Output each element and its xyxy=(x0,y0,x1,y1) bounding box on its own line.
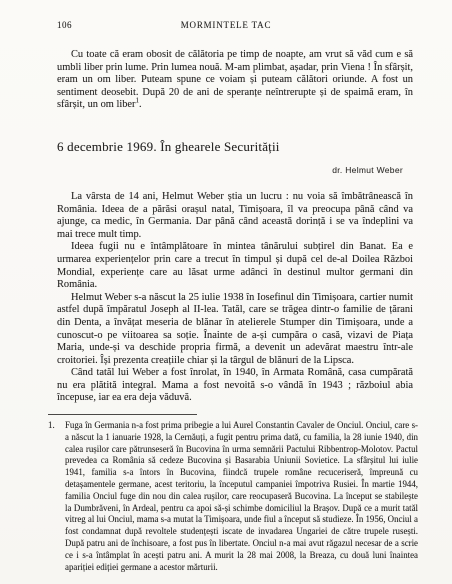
body-text: La vârsta de 14 ani, Helmut Weber știa u… xyxy=(57,191,413,405)
footnote-text: Fuga în Germania n-a fost prima pribegie… xyxy=(65,420,418,573)
book-page: 106 MORMINTELE TAC Cu toate că eram obos… xyxy=(0,0,452,584)
paragraph-1: La vârsta de 14 ani, Helmut Weber știa u… xyxy=(57,191,413,241)
intro-text: Cu toate că eram obosit de călătoria pe … xyxy=(57,49,413,110)
footnote-separator xyxy=(48,414,197,415)
byline-wrap: dr. Helmut Weber xyxy=(57,160,413,178)
byline: dr. Helmut Weber xyxy=(332,160,403,178)
footnote: 1. Fuga în Germania n-a fost prima pribe… xyxy=(48,420,418,573)
page-header: 106 MORMINTELE TAC xyxy=(0,0,452,33)
page-number: 106 xyxy=(57,20,72,30)
paragraph-4: Când tatăl lui Weber a fost înrolat, în … xyxy=(57,367,413,405)
paragraph-3: Helmut Weber s-a născut la 25 iulie 1938… xyxy=(57,292,413,368)
paragraph-2: Ideea fugii nu e întâmplătoare în mintea… xyxy=(57,241,413,291)
intro-terminator: . xyxy=(139,99,142,110)
footnote-marker: 1. xyxy=(48,420,65,573)
intro-paragraph: Cu toate că eram obosit de călătoria pe … xyxy=(57,49,413,112)
page-content: Cu toate că eram obosit de călătoria pe … xyxy=(57,49,413,405)
chapter-heading: 6 decembrie 1969. În ghearele Securități… xyxy=(57,139,413,155)
byline-author: dr. Helmut Weber xyxy=(332,165,403,175)
